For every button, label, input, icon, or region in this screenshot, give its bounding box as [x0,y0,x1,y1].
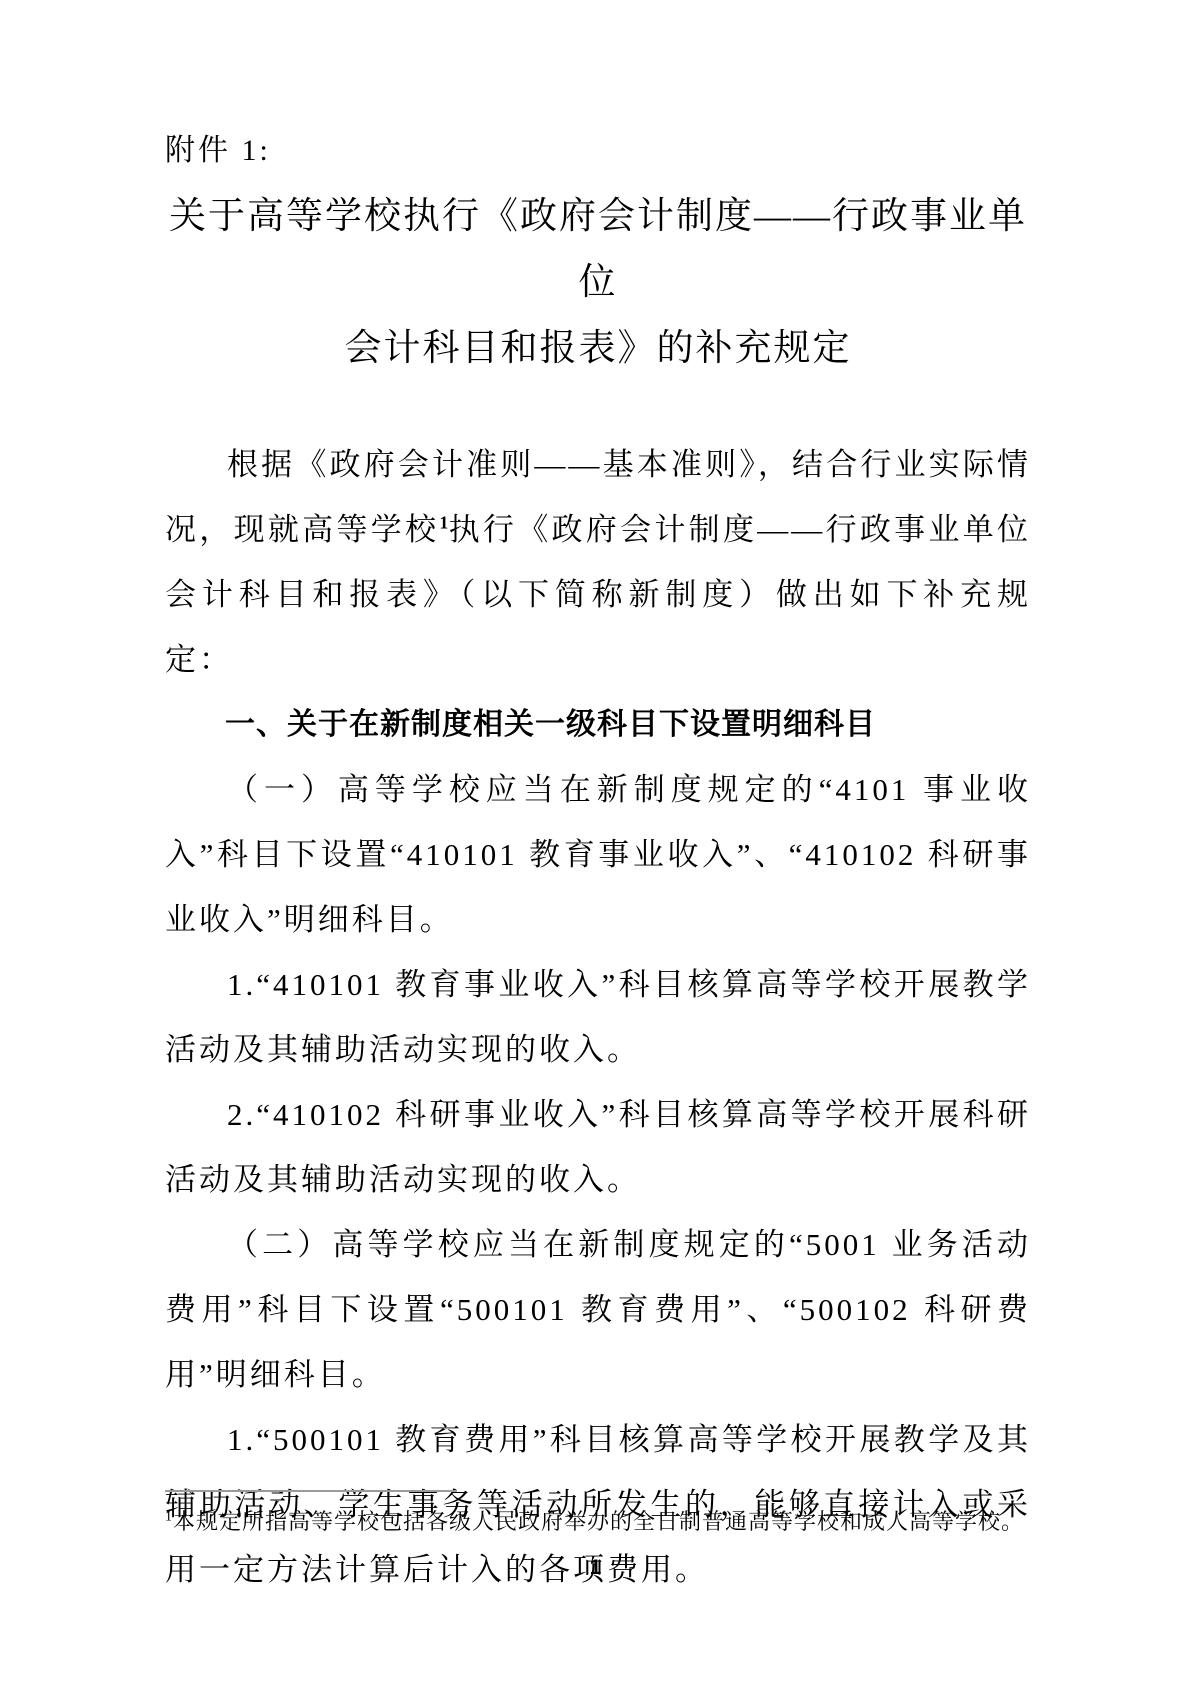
paragraph-item-1: （一）高等学校应当在新制度规定的“4101 事业收入”科目下设置“410101 … [165,757,1031,952]
paragraph-item-3: 2.“410102 科研事业收入”科目核算高等学校开展科研活动及其辅助活动实现的… [165,1082,1031,1212]
intro-paragraph: 根据《政府会计准则——基本准则》，结合行业实际情况，现就高等学校1执行《政府会计… [165,432,1031,692]
document-title: 关于高等学校执行《政府会计制度——行政事业单位 会计科目和报表》的补充规定 [165,184,1031,382]
document-page: 附件 1: 关于高等学校执行《政府会计制度——行政事业单位 会计科目和报表》的补… [0,0,1191,1684]
footnote-content: 本规定所指高等学校包括各级人民政府举办的全日制普通高等学校和成人高等学校。 [173,1509,1024,1534]
footnote-area: 1本规定所指高等学校包括各级人民政府举办的全日制普通高等学校和成人高等学校。 [165,1490,1031,1539]
footnote-text: 1本规定所指高等学校包括各级人民政府举办的全日制普通高等学校和成人高等学校。 [165,1505,1031,1539]
section-1-heading: 一、关于在新制度相关一级科目下设置明细科目 [165,692,1031,757]
page-number: 1 [0,1556,1191,1580]
document-title-line1: 关于高等学校执行《政府会计制度——行政事业单位 [165,184,1031,316]
attachment-label: 附件 1: [165,128,1031,174]
footnote-number: 1 [165,1510,173,1525]
document-title-line2: 会计科目和报表》的补充规定 [165,316,1031,382]
paragraph-item-4: （二）高等学校应当在新制度规定的“5001 业务活动费用”科目下设置“50010… [165,1212,1031,1407]
footnote-reference-marker: 1 [439,513,448,533]
document-content: 附件 1: 关于高等学校执行《政府会计制度——行政事业单位 会计科目和报表》的补… [165,128,1031,1602]
paragraph-item-2: 1.“410101 教育事业收入”科目核算高等学校开展教学活动及其辅助活动实现的… [165,952,1031,1082]
footnote-separator-line [165,1490,457,1492]
